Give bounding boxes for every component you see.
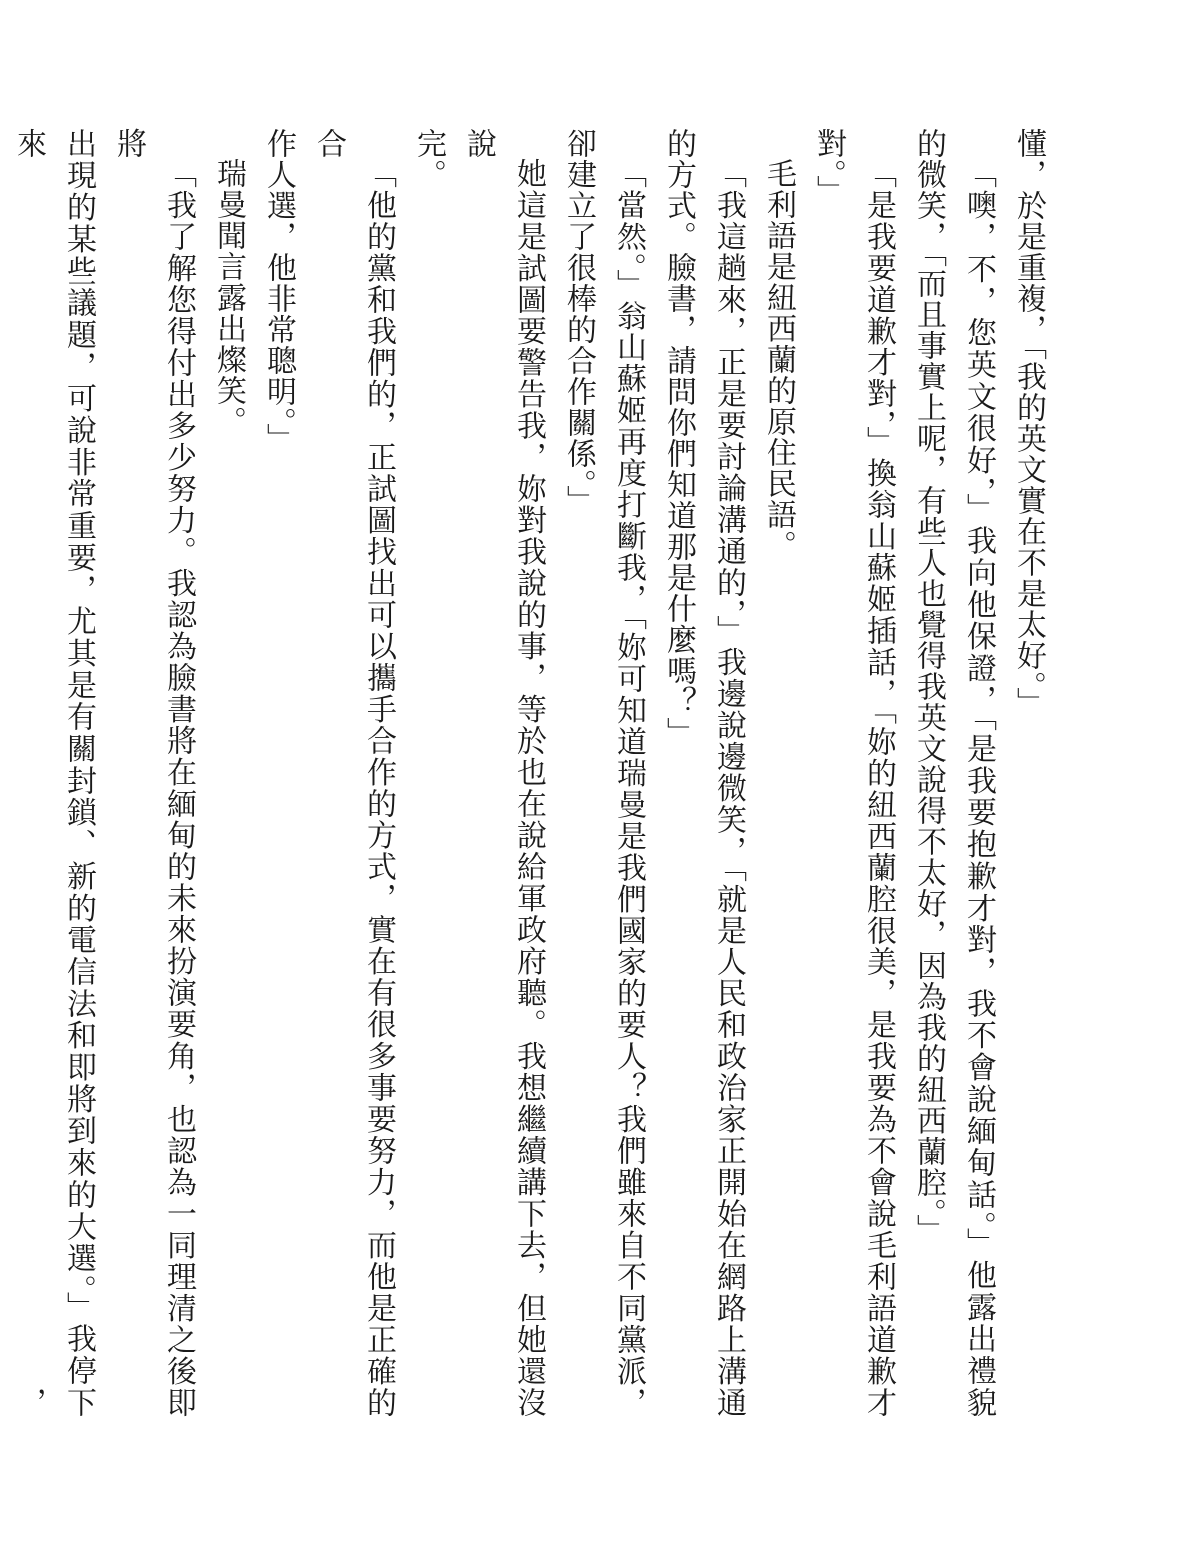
text-column-2: 「噢，不，您英文很好，」我向他保證，「是我要抱歉才對，我不會說緬甸話。」他露出禮… bbox=[953, 128, 1003, 1418]
text-column-1: 懂，於是重複，「我的英文實在不是太好。」 bbox=[1003, 128, 1053, 1418]
text-column-12: 完。 bbox=[403, 128, 453, 1418]
text-column-5: 對。」 bbox=[803, 128, 853, 1418]
text-column-4: 「是我要道歉才對，」換翁山蘇姬插話，「妳的紐西蘭腔很美，是我要為不會說毛利語道歉… bbox=[853, 128, 903, 1418]
text-column-14: 作人選，他非常聰明。」 bbox=[253, 128, 303, 1418]
text-column-15: 瑞曼聞言露出燦笑。 bbox=[203, 128, 253, 1418]
vertical-text-block: 懂，於是重複，「我的英文實在不是太好。」「噢，不，您英文很好，」我向他保證，「是… bbox=[153, 128, 1053, 1418]
text-column-9: 「當然。」翁山蘇姬再度打斷我，「妳可知道瑞曼是我們國家的要人？我們雖來自不同黨派… bbox=[603, 128, 653, 1418]
text-column-10: 卻建立了很棒的合作關係。」 bbox=[553, 128, 603, 1418]
book-page: 懂，於是重複，「我的英文實在不是太好。」「噢，不，您英文很好，」我向他保證，「是… bbox=[0, 0, 1200, 1553]
text-column-3: 的微笑，「而且事實上呢，有些人也覺得我英文說得不太好，因為我的紐西蘭腔。」 bbox=[903, 128, 953, 1418]
text-column-8: 的方式。臉書，請問你們知道那是什麼嗎？」 bbox=[653, 128, 703, 1418]
text-column-11: 她這是試圖要警告我，妳對我說的事，等於也在說給軍政府聽。我想繼續講下去，但她還沒… bbox=[453, 128, 553, 1418]
text-column-17: 出現的某些議題，可說非常重要，尤其是有關封鎖、新的電信法和即將到來的大選。」我停… bbox=[3, 128, 103, 1418]
text-column-16: 「我了解您得付出多少努力。我認為臉書將在緬甸的未來扮演要角，也認為一同理清之後即… bbox=[103, 128, 203, 1418]
text-column-7: 「我這趟來，正是要討論溝通的，」我邊說邊微笑，「就是人民和政治家正開始在網路上溝… bbox=[703, 128, 753, 1418]
text-column-13: 「他的黨和我們的，正試圖找出可以攜手合作的方式，實在有很多事要努力，而他是正確的… bbox=[303, 128, 403, 1418]
text-column-6: 毛利語是紐西蘭的原住民語。 bbox=[753, 128, 803, 1418]
